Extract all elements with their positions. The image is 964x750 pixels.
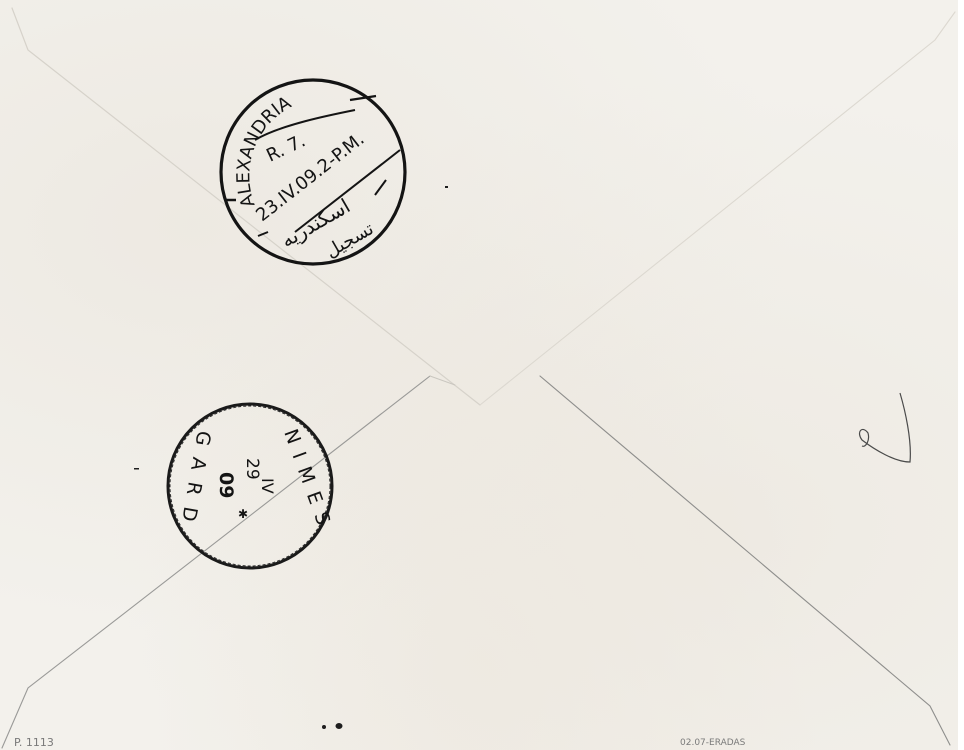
pencil-annotations: P. 1113 02.07-ERADAS: [0, 0, 964, 750]
dealer-note: 02.07-ERADAS: [680, 738, 746, 748]
catalog-ref: P. 1113: [14, 736, 54, 749]
ink-specks: [134, 186, 448, 729]
pencil-numeral-2: [860, 393, 911, 462]
